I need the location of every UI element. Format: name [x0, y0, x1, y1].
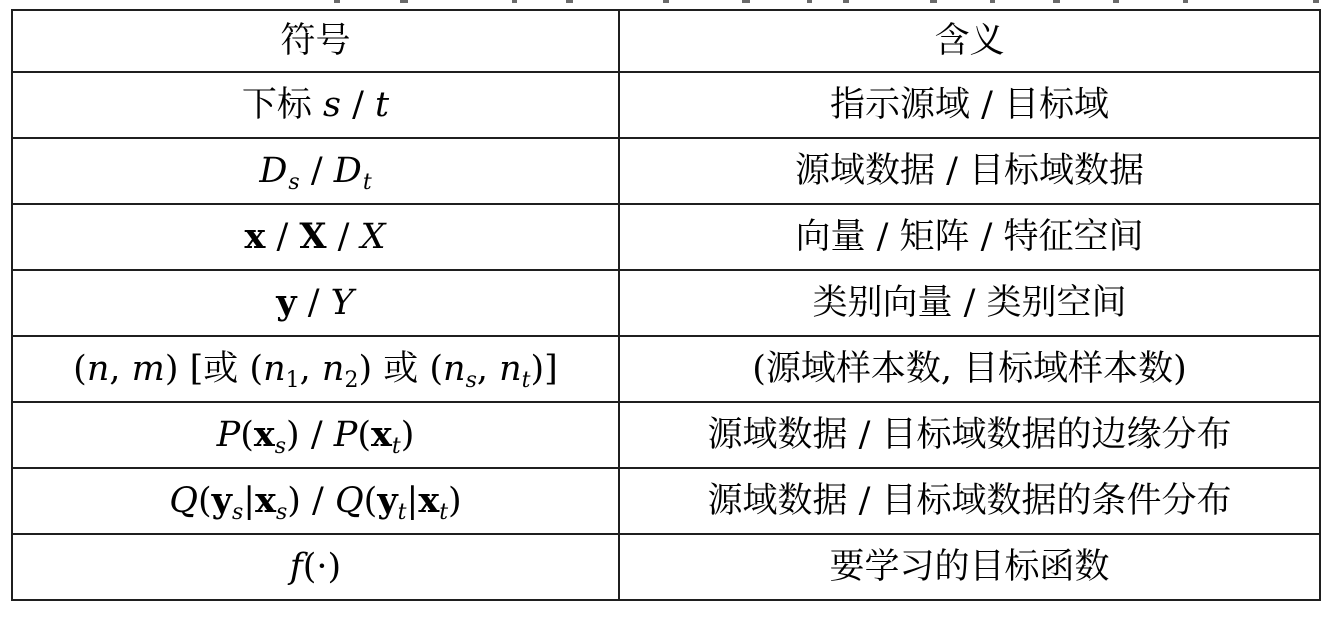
meaning-cell: (源域样本数, 目标域样本数): [619, 336, 1320, 402]
symbol-cell: y / Y: [12, 270, 619, 336]
table-row: y / Y 类别向量 / 类别空间: [12, 270, 1320, 336]
symbol-cell: (n, m) [或 (n1, n2) 或 (ns, nt)]: [12, 336, 619, 402]
symbol-cell: P(xs) / P(xt): [12, 402, 619, 468]
meaning-cell: 类别向量 / 类别空间: [619, 270, 1320, 336]
table-row: Q(ys|xs) / Q(yt|xt) 源域数据 / 目标域数据的条件分布: [12, 468, 1320, 534]
table-row: P(xs) / P(xt) 源域数据 / 目标域数据的边缘分布: [12, 402, 1320, 468]
meaning-cell: 要学习的目标函数: [619, 534, 1320, 600]
table-row: 下标 s / t 指示源域 / 目标域: [12, 72, 1320, 138]
symbol-cell: 下标 s / t: [12, 72, 619, 138]
table-row: x / X / X 向量 / 矩阵 / 特征空间: [12, 204, 1320, 270]
meaning-cell: 源域数据 / 目标域数据的条件分布: [619, 468, 1320, 534]
symbol-cell: Q(ys|xs) / Q(yt|xt): [12, 468, 619, 534]
table-row: Ds / Dt 源域数据 / 目标域数据: [12, 138, 1320, 204]
table-header-row: 符号 含义: [12, 10, 1320, 72]
header-symbol: 符号: [12, 10, 619, 72]
meaning-cell: 源域数据 / 目标域数据: [619, 138, 1320, 204]
table-row: (n, m) [或 (n1, n2) 或 (ns, nt)] (源域样本数, 目…: [12, 336, 1320, 402]
meaning-cell: 向量 / 矩阵 / 特征空间: [619, 204, 1320, 270]
table-row: f(·) 要学习的目标函数: [12, 534, 1320, 600]
meaning-cell: 源域数据 / 目标域数据的边缘分布: [619, 402, 1320, 468]
symbol-cell: Ds / Dt: [12, 138, 619, 204]
document-page: 符号 含义 下标 s / t 指示源域 / 目标域 Ds / Dt 源域数据 /…: [0, 0, 1336, 642]
symbol-cell: f(·): [12, 534, 619, 600]
header-meaning: 含义: [619, 10, 1320, 72]
symbol-table: 符号 含义 下标 s / t 指示源域 / 目标域 Ds / Dt 源域数据 /…: [11, 9, 1321, 601]
symbol-cell: x / X / X: [12, 204, 619, 270]
meaning-cell: 指示源域 / 目标域: [619, 72, 1320, 138]
table-body: 下标 s / t 指示源域 / 目标域 Ds / Dt 源域数据 / 目标域数据…: [12, 72, 1320, 600]
